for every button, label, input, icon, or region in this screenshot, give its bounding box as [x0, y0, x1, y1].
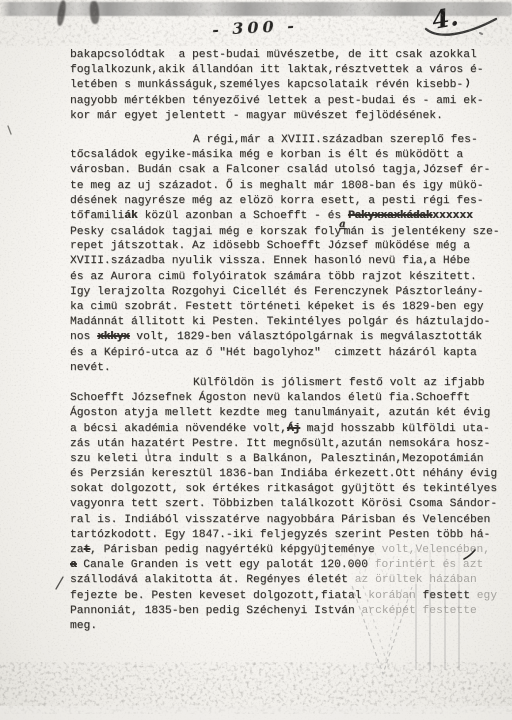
- scanned-document-page: - 300 - 4. bakapcsolódtak a pest-budai m…: [0, 0, 512, 720]
- bold-text: ák: [124, 210, 138, 222]
- text-line: és a Képiró-utca az ő "Hét bagolyhoz" ci…: [70, 346, 500, 361]
- text-line: városban. Budán csak a Falconer család u…: [70, 163, 500, 178]
- text-segment: tőfamili: [70, 210, 124, 222]
- text-line: ka cimü szobrát. Festett történeti képek…: [70, 300, 500, 315]
- text-segment: Canale Granden is vett egy palotát 120.0…: [76, 559, 374, 571]
- text-line: vagyonra tett szert. Többizben találkozo…: [70, 497, 500, 512]
- text-segment: és az Aurora cimü folyóiratok számára tö…: [70, 271, 477, 283]
- text-segment: kor már egyet jelentett - magyar müvésze…: [70, 110, 443, 122]
- text-segment: nevét.: [70, 362, 111, 374]
- text-line: nos xkkyx volt, 1829-ben választópolgárn…: [70, 330, 500, 345]
- text-line: Schoefft Józsefnek Ágoston nevü kalandos…: [70, 391, 500, 406]
- text-segment: Külföldön is jólismert festő volt az ifj…: [193, 377, 485, 389]
- page-number-corner: 4.: [420, 2, 505, 50]
- strike-text: Pakyxxaxkádak: [348, 210, 432, 222]
- text-segment: ral is. Indiából visszatérve nagyobbára …: [70, 514, 490, 526]
- text-line: Igy lerajzolta Rozgohyi Cicellét és Fere…: [70, 285, 500, 300]
- text-line: tőfamiliák közül azonban a Schoefft - és…: [70, 209, 500, 224]
- text-segment: volt, 1829-ben választópolgárnak is megv…: [130, 331, 483, 343]
- text-line: kor már egyet jelentett - magyar müvésze…: [70, 109, 500, 124]
- text-segment: Schoefft Józsefnek Ágoston nevü kalandos…: [70, 392, 470, 404]
- text-segment: mán is jelentékeny sze-: [344, 226, 500, 238]
- text-segment: désének nagyrésze még az elözö korra ese…: [70, 195, 484, 207]
- text-segment: Pesky családok tagjai még e korszak foly: [70, 226, 341, 238]
- bold-text: xxxxxx: [432, 210, 473, 222]
- faded-text: korában: [368, 590, 422, 602]
- faded-text: az örültek házában: [355, 574, 477, 586]
- text-segment: szu keleti utra indult s a Balkánon, Pal…: [70, 453, 484, 465]
- faded-text: egy: [477, 590, 497, 602]
- sup-text: a: [339, 219, 345, 230]
- typewritten-text-block: bakapcsolódtak a pest-budai müvészetbe, …: [70, 48, 500, 634]
- text-line: letében s munkásságuk,személyes kapcsola…: [70, 78, 500, 93]
- text-segment: , Párisban pedig nagyértékü képgyüjtemén…: [90, 544, 382, 556]
- text-segment: XVIII.századba nyulik vissza. Ennek haso…: [70, 255, 470, 267]
- text-line: zat, Párisban pedig nagyértékü képgyüjte…: [70, 543, 500, 558]
- text-line: és az Aurora cimü folyóiratok számára tö…: [70, 270, 500, 285]
- text-line: Pesky családok tagjai még e korszak foly…: [70, 224, 500, 239]
- text-line: A régi,már a XVIII.században szereplő fe…: [70, 133, 500, 148]
- text-line: a Canale Granden is vett egy palotát 120…: [70, 558, 500, 573]
- text-segment: tartózkodott. Egy 1847.-iki feljegyzés s…: [70, 529, 490, 541]
- text-segment: Ágoston atyja mellett kezdte meg tanulmá…: [70, 407, 490, 419]
- text-line: Pannoniát, 1835-ben pedig Széchenyi Istv…: [70, 604, 500, 619]
- text-segment: sokat dolgozott, sok értékes ritkaságot …: [70, 483, 497, 495]
- text-line: bakapcsolódtak a pest-budai müvészetbe, …: [70, 48, 500, 63]
- text-segment: bakapcsolódtak a pest-budai müvészetbe, …: [70, 49, 477, 61]
- text-line: ral is. Indiából visszatérve nagyobbára …: [70, 513, 500, 528]
- text-segment: vagyonra tett szert. Többizben találkozo…: [70, 498, 497, 510]
- text-line: és Perzsián keresztül 1836-ban Indiába é…: [70, 467, 500, 482]
- text-segment: és a Képiró-utca az ő "Hét bagolyhoz" ci…: [70, 347, 477, 359]
- text-line: désének nagyrésze még az elözö korra ese…: [70, 194, 500, 209]
- text-segment: majd hosszabb külföldi uta-: [300, 423, 490, 435]
- page-number-center: - 300 -: [200, 15, 311, 40]
- text-line: Madánnát állitott ki Pesten. Tekintélyes…: [70, 315, 500, 330]
- text-segment: szállodává alakitotta át. Regényes életé…: [70, 574, 355, 586]
- text-segment: Igy lerajzolta Rozgohyi Cicellét és Fere…: [70, 286, 484, 298]
- text-line: zás után hazatért Pestre. Itt megnősült,…: [70, 437, 500, 452]
- text-line: sokat dolgozott, sok értékes ritkaságot …: [70, 482, 500, 497]
- text-line: repet játszottak. Az idösebb Schoefft Jó…: [70, 239, 500, 254]
- text-line: Ágoston atyja mellett kezdte meg tanulmá…: [70, 406, 500, 421]
- text-segment: a bécsi akadémia növendéke volt,: [70, 423, 287, 435]
- text-line: te meg az uj századot. Ő is meghalt már …: [70, 179, 500, 194]
- text-segment: repet játszottak. Az idösebb Schoefft Jó…: [70, 240, 470, 252]
- text-line: tartózkodott. Egy 1847.-iki feljegyzés s…: [70, 528, 500, 543]
- text-segment: tőcsaládok egyike-másika még e korban is…: [70, 149, 463, 161]
- text-segment: letében s munkásságuk,személyes kapcsola…: [70, 79, 463, 91]
- text-segment: nagyobb mértékben tényezőivé lettek a pe…: [70, 95, 484, 107]
- text-segment: foglalkozunk,akik állandóan itt laktak,r…: [70, 64, 484, 76]
- text-line: nagyobb mértékben tényezőivé lettek a pe…: [70, 94, 500, 109]
- faded-text: forintért és azt: [375, 559, 483, 571]
- text-segment: fejezte be. Pesten keveset dolgozott,fia…: [70, 590, 368, 602]
- strike-text: Áj: [287, 423, 300, 435]
- text-line: foglalkozunk,akik állandóan itt laktak,r…: [70, 63, 500, 78]
- text-segment: A régi,már a XVIII.században szereplő fe…: [193, 134, 478, 146]
- text-line: Külföldön is jólismert festő volt az ifj…: [70, 376, 500, 391]
- text-segment: meg.: [70, 620, 97, 632]
- text-segment: és Perzsián keresztül 1836-ban Indiába é…: [70, 468, 497, 480]
- text-segment: Pannoniát, 1835-ben pedig Széchenyi Istv…: [70, 605, 362, 617]
- text-segment: közül azonban a Schoefft - és: [138, 210, 348, 222]
- text-segment: festett: [423, 590, 477, 602]
- text-segment: városban. Budán csak a Falconer család u…: [70, 164, 490, 176]
- text-segment: te meg az uj századot. Ő is meghalt már …: [70, 180, 484, 192]
- faded-text: volt,Velencében,: [382, 544, 490, 556]
- text-line: szu keleti utra indult s a Balkánon, Pal…: [70, 452, 500, 467]
- text-segment: Madánnát állitott ki Pesten. Tekintélyes…: [70, 316, 490, 328]
- text-line: tőcsaládok egyike-másika még e korban is…: [70, 148, 500, 163]
- faded-text: arcképét festette: [362, 605, 477, 617]
- text-segment: ka cimü szobrát. Festett történeti képek…: [70, 301, 484, 313]
- text-line: XVIII.századba nyulik vissza. Ennek haso…: [70, 254, 500, 269]
- paragraph: bakapcsolódtak a pest-budai müvészetbe, …: [70, 48, 500, 124]
- strike-text: xkkyx: [97, 331, 129, 343]
- text-line: a bécsi akadémia növendéke volt,Áj majd …: [70, 422, 500, 437]
- paragraph: Külföldön is jólismert festő volt az ifj…: [70, 376, 500, 634]
- text-line: szállodává alakitotta át. Regényes életé…: [70, 573, 500, 588]
- underline-swoosh-stroke: [420, 2, 505, 50]
- text-segment: za: [70, 544, 84, 556]
- text-segment: zás után hazatért Pestre. Itt megnősült,…: [70, 438, 490, 450]
- text-line: meg.: [70, 619, 500, 634]
- paragraph: A régi,már a XVIII.században szereplő fe…: [70, 133, 500, 376]
- text-line: fejezte be. Pesten keveset dolgozott,fia…: [70, 589, 500, 604]
- text-line: nevét.: [70, 361, 500, 376]
- text-segment: nos: [70, 331, 97, 343]
